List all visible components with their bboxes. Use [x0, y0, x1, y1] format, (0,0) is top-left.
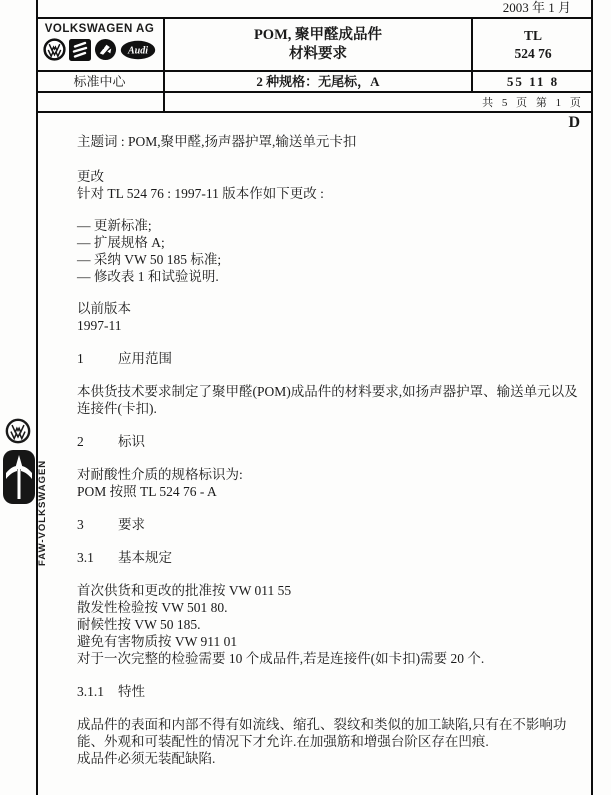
section-heading-2: 2标识 [77, 433, 583, 450]
previous-version-value: 1997-11 [77, 317, 583, 334]
change-item: — 采纳 VW 50 185 标准; [77, 251, 583, 268]
department-label: 标准中心 [36, 72, 163, 91]
issue-date: 2003 年 1 月 [36, 0, 593, 17]
section-heading-1: 1应用范围 [77, 350, 583, 367]
audi-logo-icon: Audi [120, 40, 156, 60]
document-page: 2003 年 1 月 VOLKSWAGEN AG [0, 0, 611, 795]
change-item: — 更新标准; [77, 217, 583, 234]
section-heading-3-1-1: 3.1.1特性 [77, 683, 583, 700]
section-paragraph: 首次供货和更改的批准按 VW 011 55 [77, 582, 583, 599]
pagination-row: 共 5 页 第 1 页 [36, 91, 593, 113]
section-number: 2 [77, 433, 118, 450]
section-title: 应用范围 [118, 351, 172, 366]
section-title: 标识 [118, 434, 145, 449]
section-number: 3.1.1 [77, 683, 118, 700]
change-item: — 修改表 1 和试验说明. [77, 268, 583, 285]
skoda-logo-icon [94, 38, 117, 61]
brand-logo-row: Audi [36, 38, 163, 61]
doc-title-line2: 材料要求 [165, 45, 471, 64]
previous-version-heading: 以前版本 [77, 300, 583, 317]
section-number: 1 [77, 350, 118, 367]
vw-logo-icon [43, 38, 66, 61]
change-item: — 扩展规格 A; [77, 234, 583, 251]
company-cell: VOLKSWAGEN AG [36, 19, 163, 70]
faw-volkswagen-label: FAW-VOLKSWAGEN [37, 416, 48, 566]
doc-code-number: 524 76 [473, 45, 593, 63]
section-number: 3.1 [77, 549, 118, 566]
spec-label: 2 种规格：无尾标，A [163, 72, 473, 91]
section-title: 特性 [118, 684, 145, 699]
changes-heading: 更改 [77, 168, 583, 185]
page-count: 共 5 页 第 1 页 [473, 93, 593, 111]
document-header: 2003 年 1 月 VOLKSWAGEN AG [36, 0, 593, 113]
class-number: 55 11 8 [473, 72, 593, 91]
company-name: VOLKSWAGEN AG [36, 23, 163, 35]
header-main-row: VOLKSWAGEN AG [36, 17, 593, 70]
section-paragraph: 耐候性按 VW 50 185. [77, 616, 583, 633]
keywords-line: 主题词 : POM,聚甲醛,扬声器护罩,输送单元卡扣 [77, 133, 583, 150]
header-sub-row: 标准中心 2 种规格：无尾标，A 55 11 8 [36, 70, 593, 91]
section-title: 基本规定 [118, 550, 172, 565]
section-paragraph: 成品件的表面和内部不得有如流线、缩孔、裂纹和类似的加工缺陷,只有在不影响功能、外… [77, 716, 583, 750]
doc-code-cell: TL 524 76 [473, 19, 593, 70]
faw-volkswagen-sidebar: FAW-VOLKSWAGEN [1, 416, 55, 568]
svg-text:Audi: Audi [127, 45, 148, 56]
vw-roundel-icon [2, 418, 36, 444]
section-paragraph: 散发性检验按 VW 501 80. [77, 599, 583, 616]
section-heading-3-1: 3.1基本规定 [77, 549, 583, 566]
faw-emblem-icon [2, 449, 36, 505]
pagination-empty-mid [163, 93, 473, 111]
section-paragraph: POM 按照 TL 524 76 - A [77, 483, 583, 500]
section-paragraph: 成品件必须无装配缺陷. [77, 750, 583, 767]
seat-logo-icon [69, 39, 91, 61]
document-body: 主题词 : POM,聚甲醛,扬声器护罩,输送单元卡扣 更改 针对 TL 524 … [77, 125, 583, 767]
title-cell: POM, 聚甲醛成品件 材料要求 [163, 19, 473, 70]
section-title: 要求 [118, 517, 145, 532]
section-number: 3 [77, 516, 118, 533]
section-paragraph: 避免有害物质按 VW 911 01 [77, 633, 583, 650]
section-paragraph: 对耐酸性介质的规格标识为: [77, 466, 583, 483]
doc-code-prefix: TL [473, 27, 593, 45]
right-page-border [591, 0, 593, 795]
section-paragraph: 本供货技术要求制定了聚甲醛(POM)成品件的材料要求,如扬声器护罩、输送单元以及… [77, 383, 583, 417]
section-paragraph: 对于一次完整的检验需要 10 个成品件,若是连接件(如卡扣)需要 20 个. [77, 650, 583, 667]
pagination-empty-left [36, 93, 163, 111]
section-heading-3: 3要求 [77, 516, 583, 533]
left-page-border [36, 0, 38, 795]
doc-title-line1: POM, 聚甲醛成品件 [165, 26, 471, 45]
changes-intro: 针对 TL 524 76 : 1997-11 版本作如下更改 : [77, 185, 583, 202]
